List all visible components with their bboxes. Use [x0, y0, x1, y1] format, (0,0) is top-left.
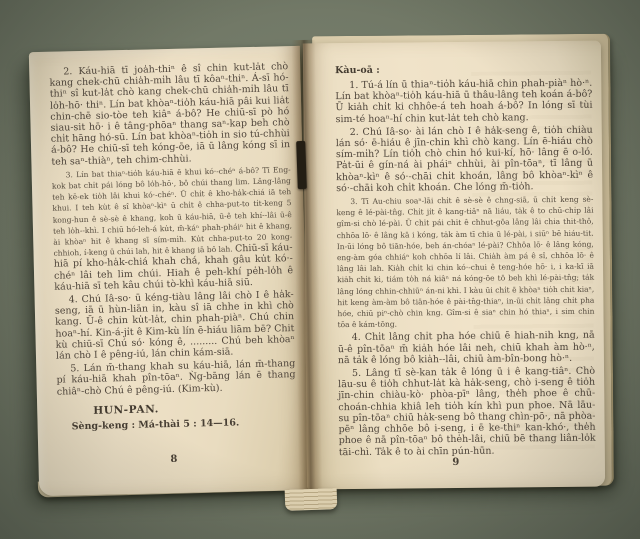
paragraph: 5. Lán m̄-thang khah su káu-hiā, lán m̄-…: [56, 358, 296, 397]
paragraph: 4. Chú Iâ-so· ū kéng-tiàu lâng lâi chò I…: [55, 289, 296, 362]
right-page: Kàu-oā : 1. Tú-á lín ū thiaⁿ-tio̍h káu-h…: [303, 41, 605, 490]
paragraph-text: 4. Chú Iâ-so· ū kéng-tiàu lâng lâi chò I…: [55, 289, 295, 362]
book-photo: 2. Káu-hiā tī joa̍h-thiⁿ ê sî chin kut-l…: [0, 0, 640, 539]
right-page-text: Kàu-oā : 1. Tú-á lín ū thiaⁿ-tio̍h káu-h…: [335, 63, 596, 460]
paragraph: 3. Lín bat thiaⁿ-tio̍h káu-hiā ē khui kó…: [52, 164, 294, 293]
section-heading: HUN-PAN.: [93, 400, 296, 417]
paragraph-text: 2. Chú Iâ-so· ài lán chò I ê ha̍k-seng ê…: [336, 124, 593, 193]
paragraph-text: 3. Tī Au-chiu soaⁿ-lāi chi̍t ê sè-sè ê c…: [336, 195, 594, 330]
left-page-paragraphs: 2. Káu-hiā tī joa̍h-thiⁿ ê sî chin kut-l…: [49, 61, 296, 397]
paragraph-text: 4. Chi̍t lâng chi̍t pha hóe chiū ē hiah-…: [338, 330, 595, 366]
paragraph-text: 5. Lán m̄-thang khah su káu-hiā, lán m̄-…: [56, 358, 295, 397]
right-page-paragraphs: 1. Tú-á lín ū thiaⁿ-tio̍h káu-hiā chin p…: [335, 78, 596, 458]
bottom-page-stack: [285, 488, 338, 511]
scripture-reference: Sèng-keng : Má-thài 5 : 14—16.: [72, 416, 297, 432]
paragraph-text: 5. Lâng tī sè-kan ta̍k ê lóng ū i ê kang…: [338, 366, 596, 458]
page-number-left: 8: [38, 451, 309, 468]
paragraph: 4. Chi̍t lâng chi̍t pha hóe chiū ē hiah-…: [338, 330, 595, 366]
page-number-right: 9: [307, 456, 605, 470]
paragraph: 2. Káu-hiā tī joa̍h-thiⁿ ê sî chin kut-l…: [49, 61, 290, 167]
paragraph: 3. Tī Au-chiu soaⁿ-lāi chi̍t ê sè-sè ê c…: [336, 194, 594, 331]
paragraph: 5. Lâng tī sè-kan ta̍k ê lóng ū i ê kang…: [338, 366, 596, 458]
right-page-header: Kàu-oā :: [335, 63, 592, 76]
paragraph: 1. Tú-á lín ū thiaⁿ-tio̍h káu-hiā chin p…: [335, 78, 592, 125]
left-page: 2. Káu-hiā tī joa̍h-thiⁿ ê sî chin kut-l…: [29, 46, 310, 496]
paragraph-text: 1. Tú-á lín ū thiaⁿ-tio̍h káu-hiā chin p…: [335, 78, 592, 125]
bookmark-mark: [296, 141, 307, 189]
left-page-text: 2. Káu-hiā tī joa̍h-thiⁿ ê sî chin kut-l…: [49, 61, 297, 432]
paragraph: 2. Chú Iâ-so· ài lán chò I ê ha̍k-seng ê…: [336, 124, 594, 194]
paragraph-text: 2. Káu-hiā tī joa̍h-thiⁿ ê sî chin kut-l…: [49, 61, 290, 167]
